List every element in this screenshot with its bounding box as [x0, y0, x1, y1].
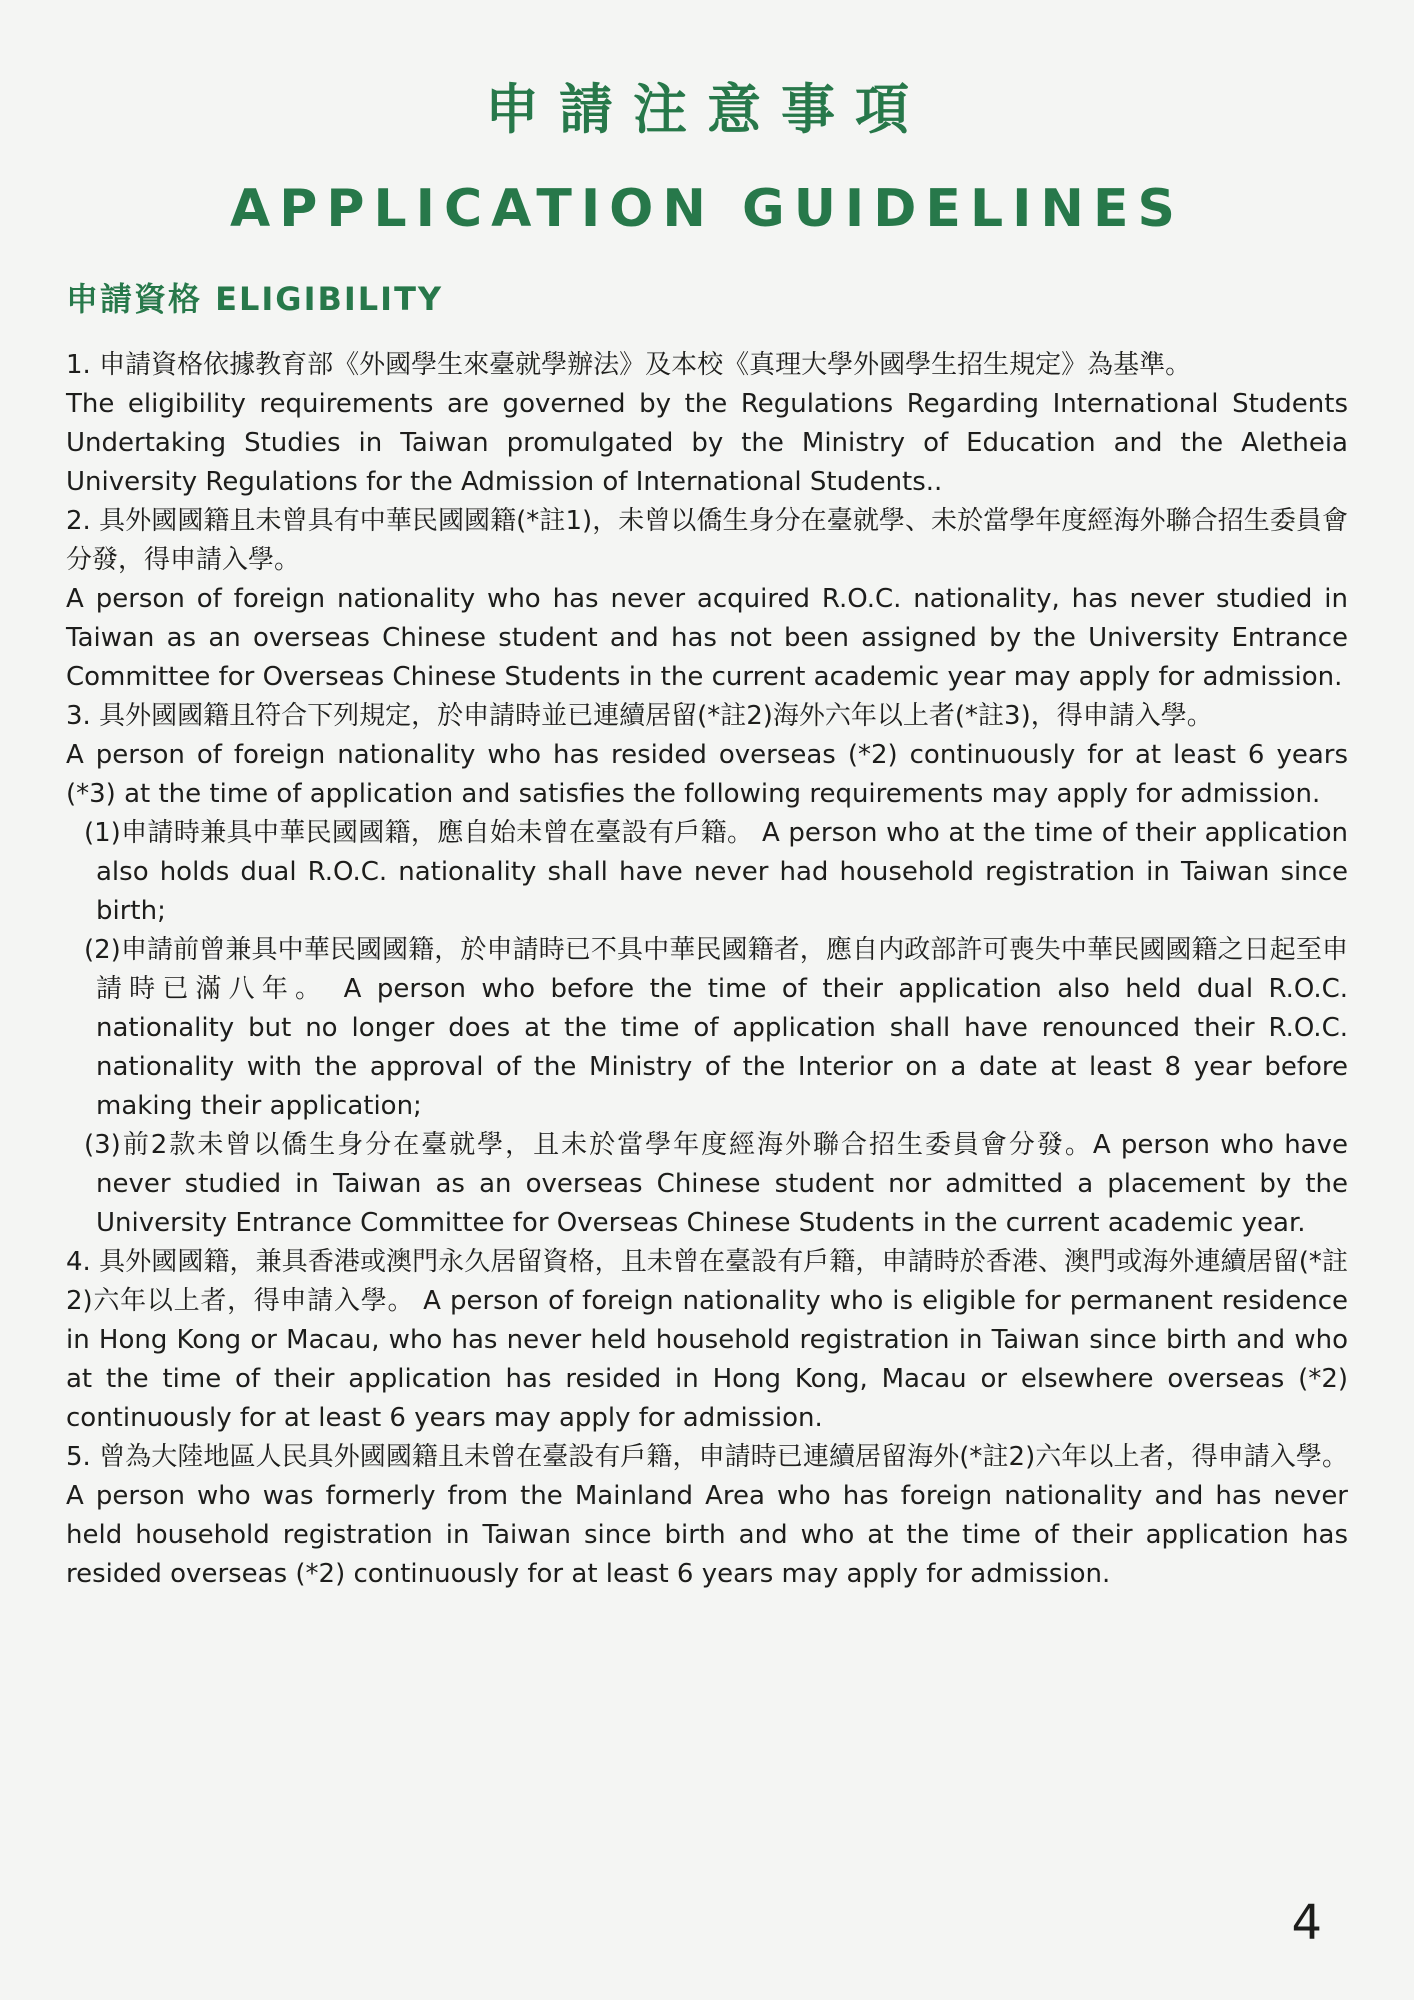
- page-title-chinese: 申請注意事項: [66, 76, 1348, 144]
- item-3-subitem-2: (2)申請前曾兼具中華民國國籍，於申請時已不具中華民國籍者，應自内政部許可喪失中…: [66, 931, 1348, 1126]
- item-5-text: 5. 曾為大陸地區人民具外國國籍且未曾在臺設有戶籍，申請時已連續居留海外(*註2…: [66, 1438, 1348, 1594]
- item-3-chinese: 3. 具外國國籍且符合下列規定，於申請時並已連續居留(*註2)海外六年以上者(*…: [66, 697, 1348, 736]
- page-title-english: APPLICATION GUIDELINES: [66, 180, 1348, 240]
- eligibility-body: 1. 申請資格依據教育部《外國學生來臺就學辦法》及本校《真理大學外國學生招生規定…: [66, 346, 1348, 1594]
- item-2-english: A person of foreign nationality who has …: [66, 580, 1348, 697]
- document-page: 申請注意事項 APPLICATION GUIDELINES 申請資格 ELIGI…: [0, 0, 1414, 1594]
- item-1-chinese: 1. 申請資格依據教育部《外國學生來臺就學辦法》及本校《真理大學外國學生招生規定…: [66, 346, 1348, 385]
- item-3-subitem-1: (1)申請時兼具中華民國國籍，應自始未曾在臺設有戶籍。 A person who…: [66, 814, 1348, 931]
- section-heading-eligibility: 申請資格 ELIGIBILITY: [66, 274, 1348, 320]
- item-4-text: 4. 具外國國籍，兼具香港或澳門永久居留資格，且未曾在臺設有戶籍，申請時於香港、…: [66, 1243, 1348, 1438]
- item-1-english: The eligibility requirements are governe…: [66, 385, 1348, 502]
- page-number: 4: [1291, 1895, 1322, 1951]
- item-3-subitem-3: (3)前2款未曾以僑生身分在臺就學，且未於當學年度經海外聯合招生委員會分發。A …: [66, 1126, 1348, 1243]
- item-3-english: A person of foreign nationality who has …: [66, 736, 1348, 814]
- item-2-chinese: 2. 具外國國籍且未曾具有中華民國國籍(*註1)，未曾以僑生身分在臺就學、未於當…: [66, 502, 1348, 580]
